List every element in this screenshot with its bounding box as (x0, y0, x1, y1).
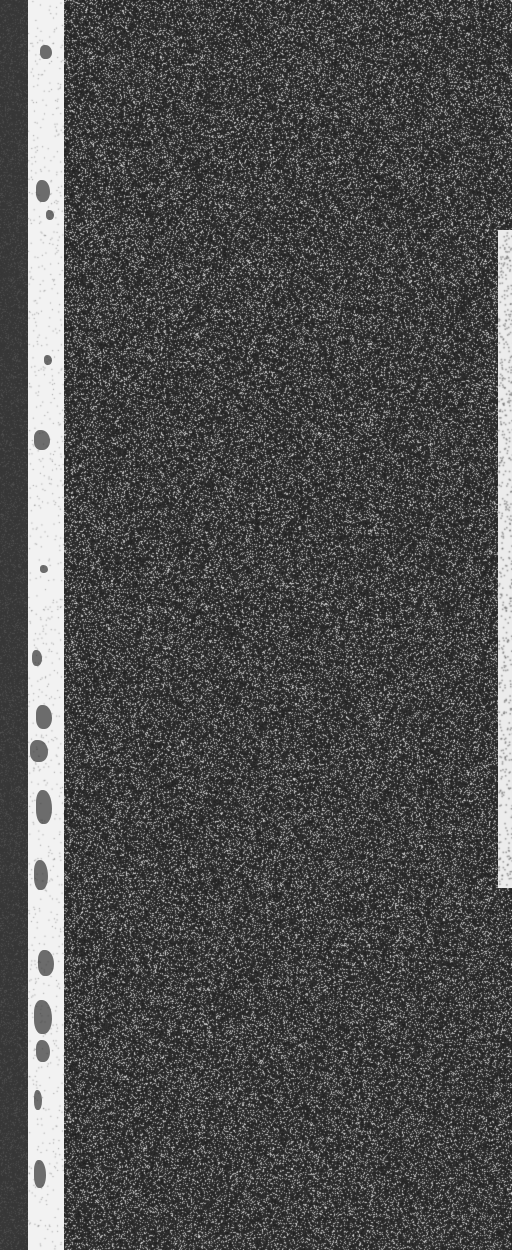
paint-texture (0, 0, 512, 1250)
road-photo: Top-down view of asphalt road surface wi… (0, 0, 512, 1250)
